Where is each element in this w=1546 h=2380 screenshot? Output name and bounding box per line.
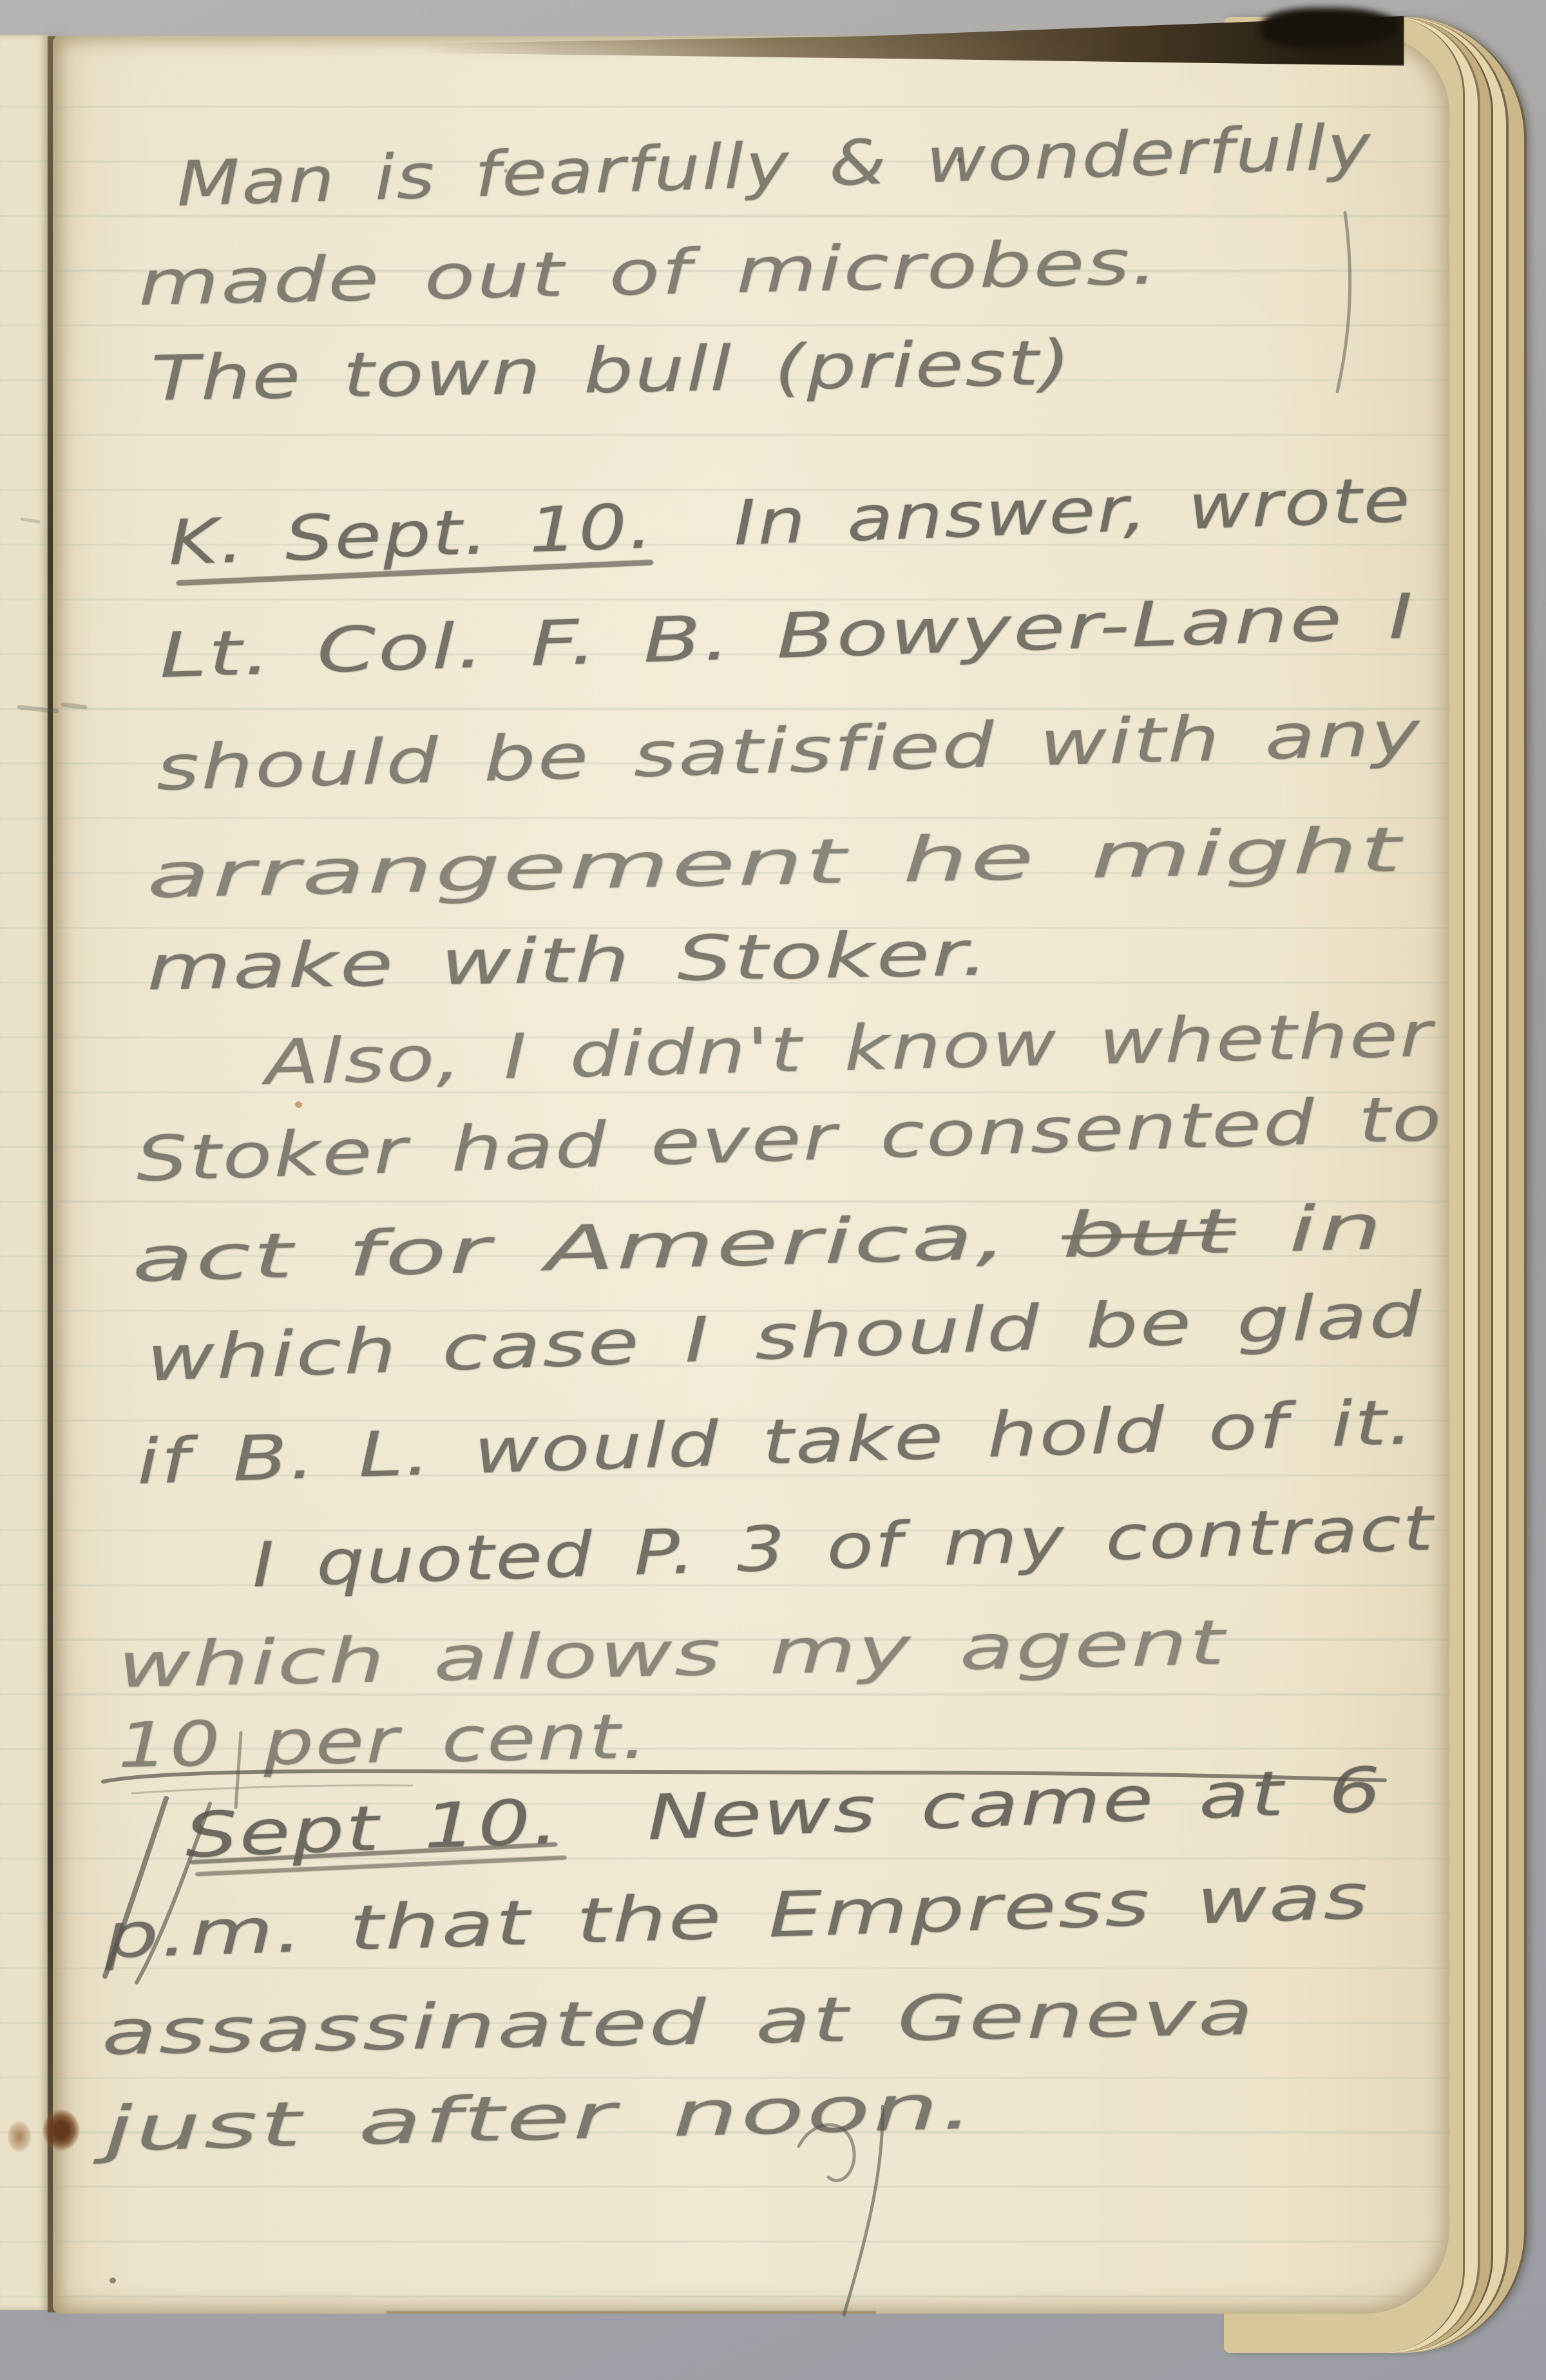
paper-speck xyxy=(110,2278,116,2283)
handwriting-strike-segment: but xyxy=(1061,1200,1236,1266)
handwriting-line-16: 10 per cent. xyxy=(117,1706,649,1776)
paper-speck xyxy=(504,169,508,173)
handwriting-line-19: assassinated at Geneva xyxy=(101,1982,1255,2064)
ruled-lines xyxy=(0,35,49,2310)
handwriting-u1-segment: K. Sept. 10. xyxy=(167,495,655,574)
facing-page-sliver xyxy=(0,35,49,2310)
paper-speck xyxy=(957,157,962,163)
handwriting-line-8: make with Stoker. xyxy=(146,922,991,999)
handwriting-segment: 10 per cent. xyxy=(117,1706,649,1776)
handwriting-segment: in xyxy=(1235,1196,1386,1262)
brown-stain xyxy=(37,2104,85,2156)
brown-stain-small xyxy=(4,2117,35,2156)
handwriting-segment: The town bull (priest) xyxy=(151,332,1073,410)
handwriting-line-3: The town bull (priest) xyxy=(151,332,1073,410)
notebook-photo: Man is fearfully & wonderfullymade out o… xyxy=(0,0,1546,2380)
page-bottom-edge-line xyxy=(386,2311,876,2314)
handwriting-segment: make with Stoker. xyxy=(146,922,991,999)
handwriting-segment: assassinated at Geneva xyxy=(101,1982,1255,2064)
rust-speck xyxy=(295,1101,302,1108)
handwriting-u2-segment: Sept 10. xyxy=(184,1791,561,1867)
